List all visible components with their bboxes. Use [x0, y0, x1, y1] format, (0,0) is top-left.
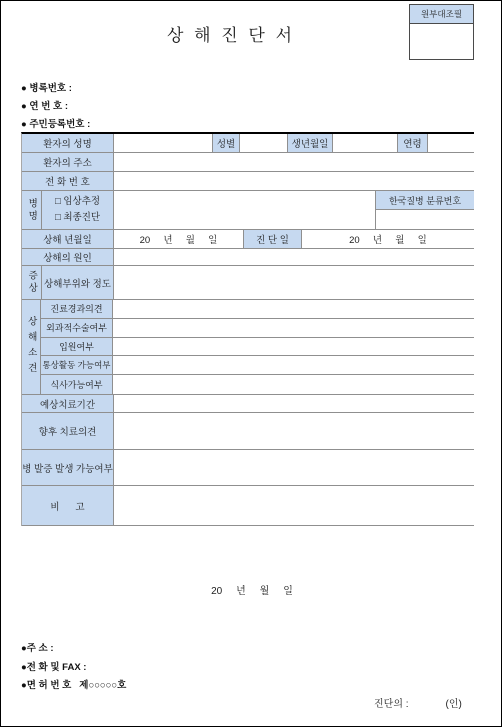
clinic-phone-fax-label: ●전 화 및 FAX : — [21, 657, 126, 676]
kcd-code-column: 한국질병 분류번호 — [375, 191, 474, 229]
surgery-field[interactable] — [113, 319, 474, 337]
gender-label: 성별 — [212, 134, 239, 152]
injury-diagnosis-form-page: 원부대조필 상 해 진 단 서 ● 병록번호 : ● 연 번 호 : ● 주민등… — [0, 0, 502, 727]
diagnosis-date-field[interactable]: 20 년 월 일 — [301, 230, 474, 248]
issue-date-line: 20 년 월 일 — [1, 582, 502, 597]
clinic-address-label: ●주 소 : — [21, 638, 126, 657]
hospitalization-label: 입원여부 — [41, 338, 113, 356]
patient-name-label: 환자의 성명 — [22, 134, 113, 152]
table-row-eating-ability: 식사가능여부 — [41, 375, 474, 394]
complication-field[interactable] — [113, 450, 474, 485]
table-row-hospitalization: 입원여부 — [41, 338, 474, 357]
injury-date-field[interactable]: 20 년 월 일 — [113, 230, 243, 248]
age-field[interactable] — [427, 134, 474, 152]
top-fields: ● 병록번호 : ● 연 번 호 : ● 주민등록번호 : — [21, 78, 90, 132]
future-opinion-field[interactable] — [113, 413, 474, 449]
medical-record-no-label: ● 병록번호 : — [21, 78, 90, 96]
license-no-label: ●면 허 번 호 제○○○○○호 — [21, 675, 126, 694]
findings-subrows: 진료경과의견 외과적수술여부 입원여부 통상활동 가능여부 식사가능여부 — [41, 300, 474, 394]
expected-period-label: 예상치료기간 — [22, 395, 113, 412]
resident-registration-no-label: ● 주민등록번호 : — [21, 114, 90, 132]
hospitalization-field[interactable] — [113, 338, 474, 356]
form-table: 환자의 성명 성별 생년월일 연령 환자의 주소 전 화 번 호 병명 □ 임상… — [21, 132, 474, 526]
table-row-cause: 상해의 원인 — [22, 249, 474, 266]
table-row-treatment-progress: 진료경과의견 — [41, 300, 474, 319]
normal-activity-field[interactable] — [113, 356, 474, 374]
kcd-code-label: 한국질병 분류번호 — [376, 191, 474, 210]
table-row-dates: 상해 년월일 20 년 월 일 진 단 일 20 년 월 일 — [22, 230, 474, 249]
table-row-address: 환자의 주소 — [22, 153, 474, 172]
disease-name-field[interactable] — [113, 191, 375, 229]
kcd-code-field[interactable] — [376, 210, 474, 229]
birth-date-field[interactable] — [332, 134, 397, 152]
eating-ability-field[interactable] — [113, 375, 474, 394]
diagnosis-type-cell: □ 임상추정 □ 최종진단 — [41, 191, 113, 229]
treatment-progress-label: 진료경과의견 — [41, 300, 113, 318]
injury-site-field[interactable] — [113, 266, 474, 299]
clinical-estimate-checkbox[interactable]: □ 임상추정 — [55, 194, 113, 210]
injury-cause-label: 상해의 원인 — [22, 249, 113, 265]
disease-group-label-text: 병명 — [27, 198, 37, 223]
eating-ability-label: 식사가능여부 — [41, 375, 113, 394]
remarks-field[interactable] — [113, 486, 474, 525]
table-row-normal-activity: 통상활동 가능여부 — [41, 356, 474, 375]
diagnosis-date-label: 진 단 일 — [243, 230, 301, 248]
patient-name-field[interactable] — [113, 134, 212, 152]
address-field[interactable] — [113, 153, 474, 171]
table-row-surgery: 외과적수술여부 — [41, 319, 474, 338]
findings-group-label-text: 상해소견 — [26, 316, 36, 378]
table-row-symptom: 증상 상해부위와 정도 — [22, 266, 474, 300]
seal-placeholder: (인) — [446, 695, 462, 710]
remarks-label: 비 고 — [22, 486, 113, 525]
serial-no-label: ● 연 번 호 : — [21, 96, 90, 114]
symptom-group-label-text: 증상 — [27, 270, 37, 295]
address-label: 환자의 주소 — [22, 153, 113, 171]
injury-cause-field[interactable] — [113, 249, 474, 265]
table-row-remarks: 비 고 — [22, 486, 474, 526]
final-diagnosis-checkbox[interactable]: □ 최종진단 — [55, 210, 113, 226]
gender-field[interactable] — [239, 134, 287, 152]
birth-date-label: 생년월일 — [287, 134, 332, 152]
expected-period-field[interactable] — [113, 395, 474, 412]
age-label: 연령 — [397, 134, 427, 152]
injury-date-label: 상해 년월일 — [22, 230, 113, 248]
future-opinion-label: 향후 치료의견 — [22, 413, 113, 449]
findings-group-label: 상해소견 — [22, 300, 41, 394]
symptom-group-label: 증상 — [22, 266, 41, 299]
injury-site-label: 상해부위와 정도 — [41, 266, 113, 299]
table-group-findings: 상해소견 진료경과의견 외과적수술여부 입원여부 통상활동 가능여부 — [22, 300, 474, 395]
diagnostician-label: 진단의 : — [374, 695, 409, 710]
treatment-progress-field[interactable] — [113, 300, 474, 318]
disease-group-label: 병명 — [22, 191, 41, 229]
phone-label: 전 화 번 호 — [22, 172, 113, 190]
table-row-complication: 병 발증 발생 가능여부 — [22, 450, 474, 486]
footer-fields: ●주 소 : ●전 화 및 FAX : ●면 허 번 호 제○○○○○호 — [21, 638, 126, 694]
complication-label: 병 발증 발생 가능여부 — [22, 450, 113, 485]
signature-line: 진단의 : (인) — [374, 695, 462, 710]
table-row-phone: 전 화 번 호 — [22, 172, 474, 191]
surgery-label: 외과적수술여부 — [41, 319, 113, 337]
phone-field[interactable] — [113, 172, 474, 190]
normal-activity-label: 통상활동 가능여부 — [41, 356, 113, 374]
table-row-expected-period: 예상치료기간 — [22, 395, 474, 413]
table-row-patient-name: 환자의 성명 성별 생년월일 연령 — [22, 134, 474, 153]
table-row-disease: 병명 □ 임상추정 □ 최종진단 한국질병 분류번호 — [22, 191, 474, 230]
page-title: 상 해 진 단 서 — [1, 21, 461, 46]
table-row-future-opinion: 향후 치료의견 — [22, 413, 474, 450]
